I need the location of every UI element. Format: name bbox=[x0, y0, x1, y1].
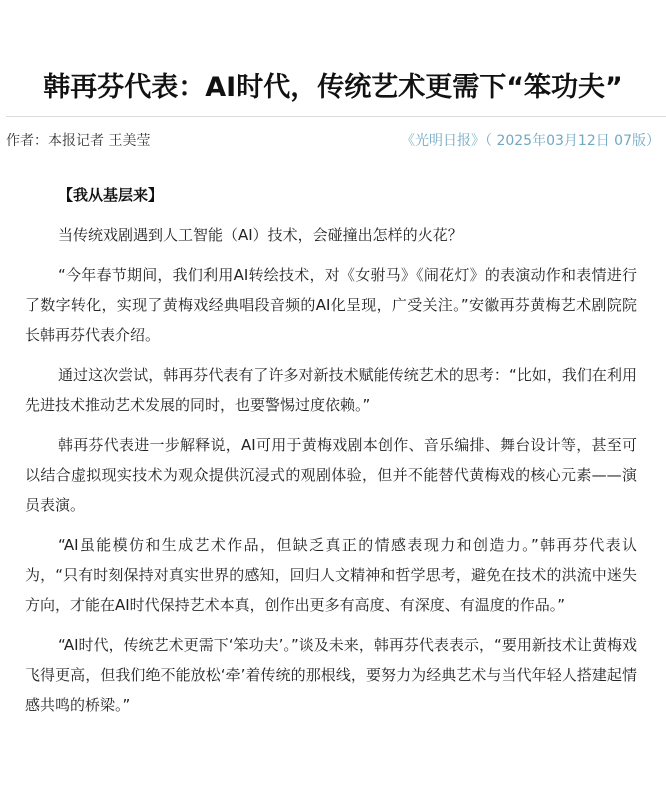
author-credit: 作者：本报记者 王美莹 bbox=[6, 130, 150, 152]
section-label: 【我从基层来】 bbox=[25, 180, 637, 210]
paragraph: 韩再芬代表进一步解释说，AI可用于黄梅戏剧本创作、音乐编排、舞台设计等，甚至可以… bbox=[25, 430, 637, 520]
paragraph: “今年春节期间，我们利用AI转绘技术，对《女驸马》《闹花灯》的表演动作和表情进行… bbox=[25, 260, 637, 350]
paragraph: “AI时代，传统艺术更需下‘笨功夫’。”谈及未来，韩再芬代表表示，“要用新技术让… bbox=[25, 630, 637, 720]
paragraph: “AI虽能模仿和生成艺术作品，但缺乏真正的情感表现力和创造力。”韩再芬代表认为，… bbox=[25, 530, 637, 620]
paragraph: 当传统戏剧遇到人工智能（AI）技术，会碰撞出怎样的火花？ bbox=[25, 220, 637, 250]
source-link[interactable]: 《光明日报》（ 2025年03月12日 07版） bbox=[401, 130, 660, 152]
article-title: 韩再芬代表：AI时代，传统艺术更需下“笨功夫” bbox=[0, 68, 666, 108]
title-divider bbox=[6, 116, 666, 117]
article-body: 【我从基层来】 当传统戏剧遇到人工智能（AI）技术，会碰撞出怎样的火花？ “今年… bbox=[25, 180, 637, 730]
byline: 作者：本报记者 王美莹 《光明日报》（ 2025年03月12日 07版） bbox=[6, 130, 660, 152]
paragraph: 通过这次尝试，韩再芬代表有了许多对新技术赋能传统艺术的思考：“比如，我们在利用先… bbox=[25, 360, 637, 420]
